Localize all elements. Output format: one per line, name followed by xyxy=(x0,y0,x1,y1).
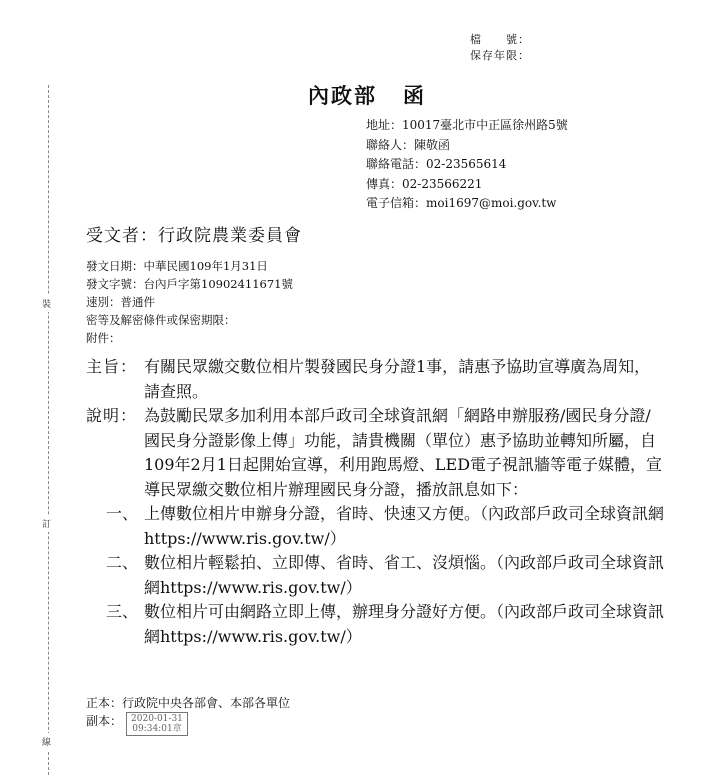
list-item: 二、 數位相片輕鬆拍、立即傳、省時、省工、沒煩惱。（內政部戶政司全球資訊網htt… xyxy=(106,551,666,600)
list-item-text: 數位相片可由網路立即上傳，辦理身分證好方便。（內政部戶政司全球資訊網https:… xyxy=(144,600,666,649)
document-meta: 發文日期：中華民國109年1月31日 發文字號：台內戶字第10902411671… xyxy=(86,257,293,347)
binding-mark-bind: 裝 xyxy=(42,295,51,312)
binding-line xyxy=(48,85,49,775)
message-list: 一、 上傳數位相片申辦身分證，省時、快速又方便。（內政部戶政司全球資訊網http… xyxy=(106,502,666,649)
issue-date: 發文日期：中華民國109年1月31日 xyxy=(86,257,293,275)
explanation-section: 說明： 為鼓勵民眾多加利用本部戶政司全球資訊網「網路申辦服務/國民身分證/國民身… xyxy=(86,404,666,502)
contact-person: 聯絡人：陳敬函 xyxy=(366,136,568,156)
agency-name: 內政部 xyxy=(308,83,377,108)
attachment: 附件： xyxy=(86,329,293,347)
recipient: 受文者：行政院農業委員會 xyxy=(86,221,302,246)
list-item: 一、 上傳數位相片申辦身分證，省時、快速又方便。（內政部戶政司全球資訊網http… xyxy=(106,502,666,551)
delivery-speed: 速別：普通件 xyxy=(86,293,293,311)
explanation-text: 為鼓勵民眾多加利用本部戶政司全球資訊網「網路申辦服務/國民身分證/國民身分證影像… xyxy=(144,404,666,502)
list-item-number: 一、 xyxy=(106,502,144,551)
contact-block: 地址：10017臺北市中正區徐州路5號 聯絡人：陳敬函 聯絡電話：02-2356… xyxy=(366,116,568,214)
explanation-label: 說明： xyxy=(86,404,144,502)
stamp-date: 2020-01-31 xyxy=(131,714,183,724)
file-number-label: 檔 號： xyxy=(470,32,530,48)
list-item-number: 三、 xyxy=(106,600,144,649)
distribution-block: 正本：行政院中央各部會、本部各單位 副本：2020-01-3109:34:01章 xyxy=(86,694,290,736)
binding-mark-line: 線 xyxy=(42,733,51,750)
security-level: 密等及解密條件或保密期限： xyxy=(86,311,293,329)
copy-recipients: 副本：2020-01-3109:34:01章 xyxy=(86,712,290,736)
list-item-text: 數位相片輕鬆拍、立即傳、省時、省工、沒煩惱。（內政部戶政司全球資訊網https:… xyxy=(144,551,666,600)
copy-label: 副本： xyxy=(86,714,122,728)
contact-phone: 聯絡電話：02-23565614 xyxy=(366,155,568,175)
address: 地址：10017臺北市中正區徐州路5號 xyxy=(366,116,568,136)
document-title: 內政部函 xyxy=(308,80,426,110)
document-body: 主旨： 有關民眾繳交數位相片製發國民身分證1事，請惠予協助宣導廣為周知，請查照。… xyxy=(86,355,666,649)
document-type: 函 xyxy=(403,83,426,108)
list-item-text: 上傳數位相片申辦身分證，省時、快速又方便。（內政部戶政司全球資訊網https:/… xyxy=(144,502,666,551)
list-item-number: 二、 xyxy=(106,551,144,600)
primary-recipients: 正本：行政院中央各部會、本部各單位 xyxy=(86,694,290,712)
binding-mark-staple: 訂 xyxy=(42,515,51,532)
archive-info: 檔 號： 保存年限： xyxy=(470,32,530,64)
fax: 傳真：02-23566221 xyxy=(366,175,568,195)
subject-label: 主旨： xyxy=(86,355,144,404)
retention-period-label: 保存年限： xyxy=(470,48,530,64)
list-item: 三、 數位相片可由網路立即上傳，辦理身分證好方便。（內政部戶政司全球資訊網htt… xyxy=(106,600,666,649)
subject-text: 有關民眾繳交數位相片製發國民身分證1事，請惠予協助宣導廣為周知，請查照。 xyxy=(144,355,666,404)
exchange-stamp: 2020-01-3109:34:01章 xyxy=(126,712,188,736)
stamp-time: 09:34:01章 xyxy=(131,724,183,734)
document-number: 發文字號：台內戶字第10902411671號 xyxy=(86,275,293,293)
email: 電子信箱：moi1697@moi.gov.tw xyxy=(366,194,568,214)
subject-section: 主旨： 有關民眾繳交數位相片製發國民身分證1事，請惠予協助宣導廣為周知，請查照。 xyxy=(86,355,666,404)
